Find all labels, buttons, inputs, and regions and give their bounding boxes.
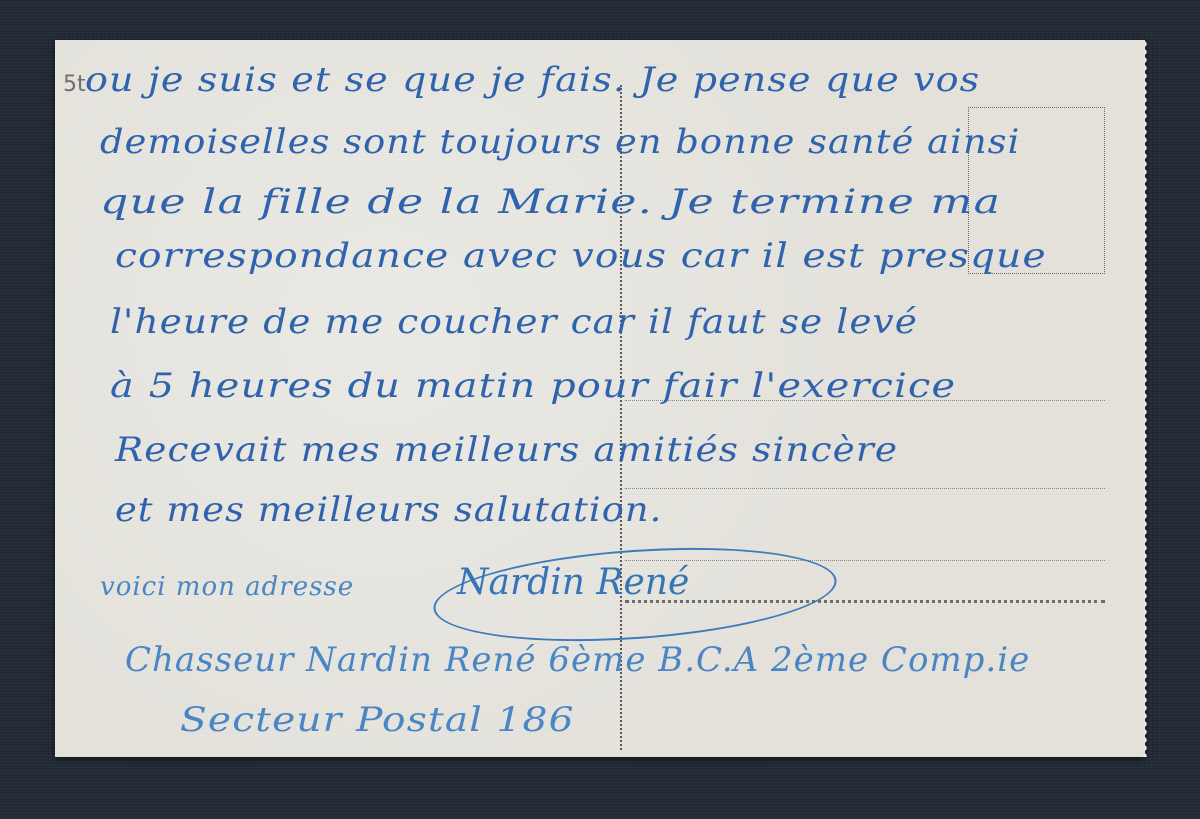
message-line-8: et mes meilleurs salutation. — [115, 490, 662, 530]
address-line-soldier: Chasseur Nardin René 6ème B.C.A 2ème Com… — [125, 640, 1030, 680]
message-line-3: que la fille de la Marie. Je termine ma — [100, 182, 1001, 222]
message-line-6: à 5 heures du matin pour fair l'exercice — [110, 366, 956, 406]
message-line-2: demoiselles sont toujours en bonne santé… — [100, 122, 1020, 162]
pencil-note: 5t — [63, 72, 86, 97]
signature: Nardin René — [457, 562, 689, 603]
message-line-5: l'heure de me coucher car il faut se lev… — [110, 302, 918, 342]
address-intro: voici mon adresse — [100, 572, 354, 602]
address-line-2 — [625, 488, 1105, 489]
postcard-back: 5t ou je suis et se que je fais. Je pens… — [55, 40, 1145, 757]
message-line-7: Recevait mes meilleurs amitiés sincère — [115, 430, 898, 470]
address-line-postal-sector: Secteur Postal 186 — [180, 700, 575, 740]
message-line-4: correspondance avec vous car il est pres… — [115, 236, 1047, 276]
message-line-1: ou je suis et se que je fais. Je pense q… — [85, 60, 980, 100]
